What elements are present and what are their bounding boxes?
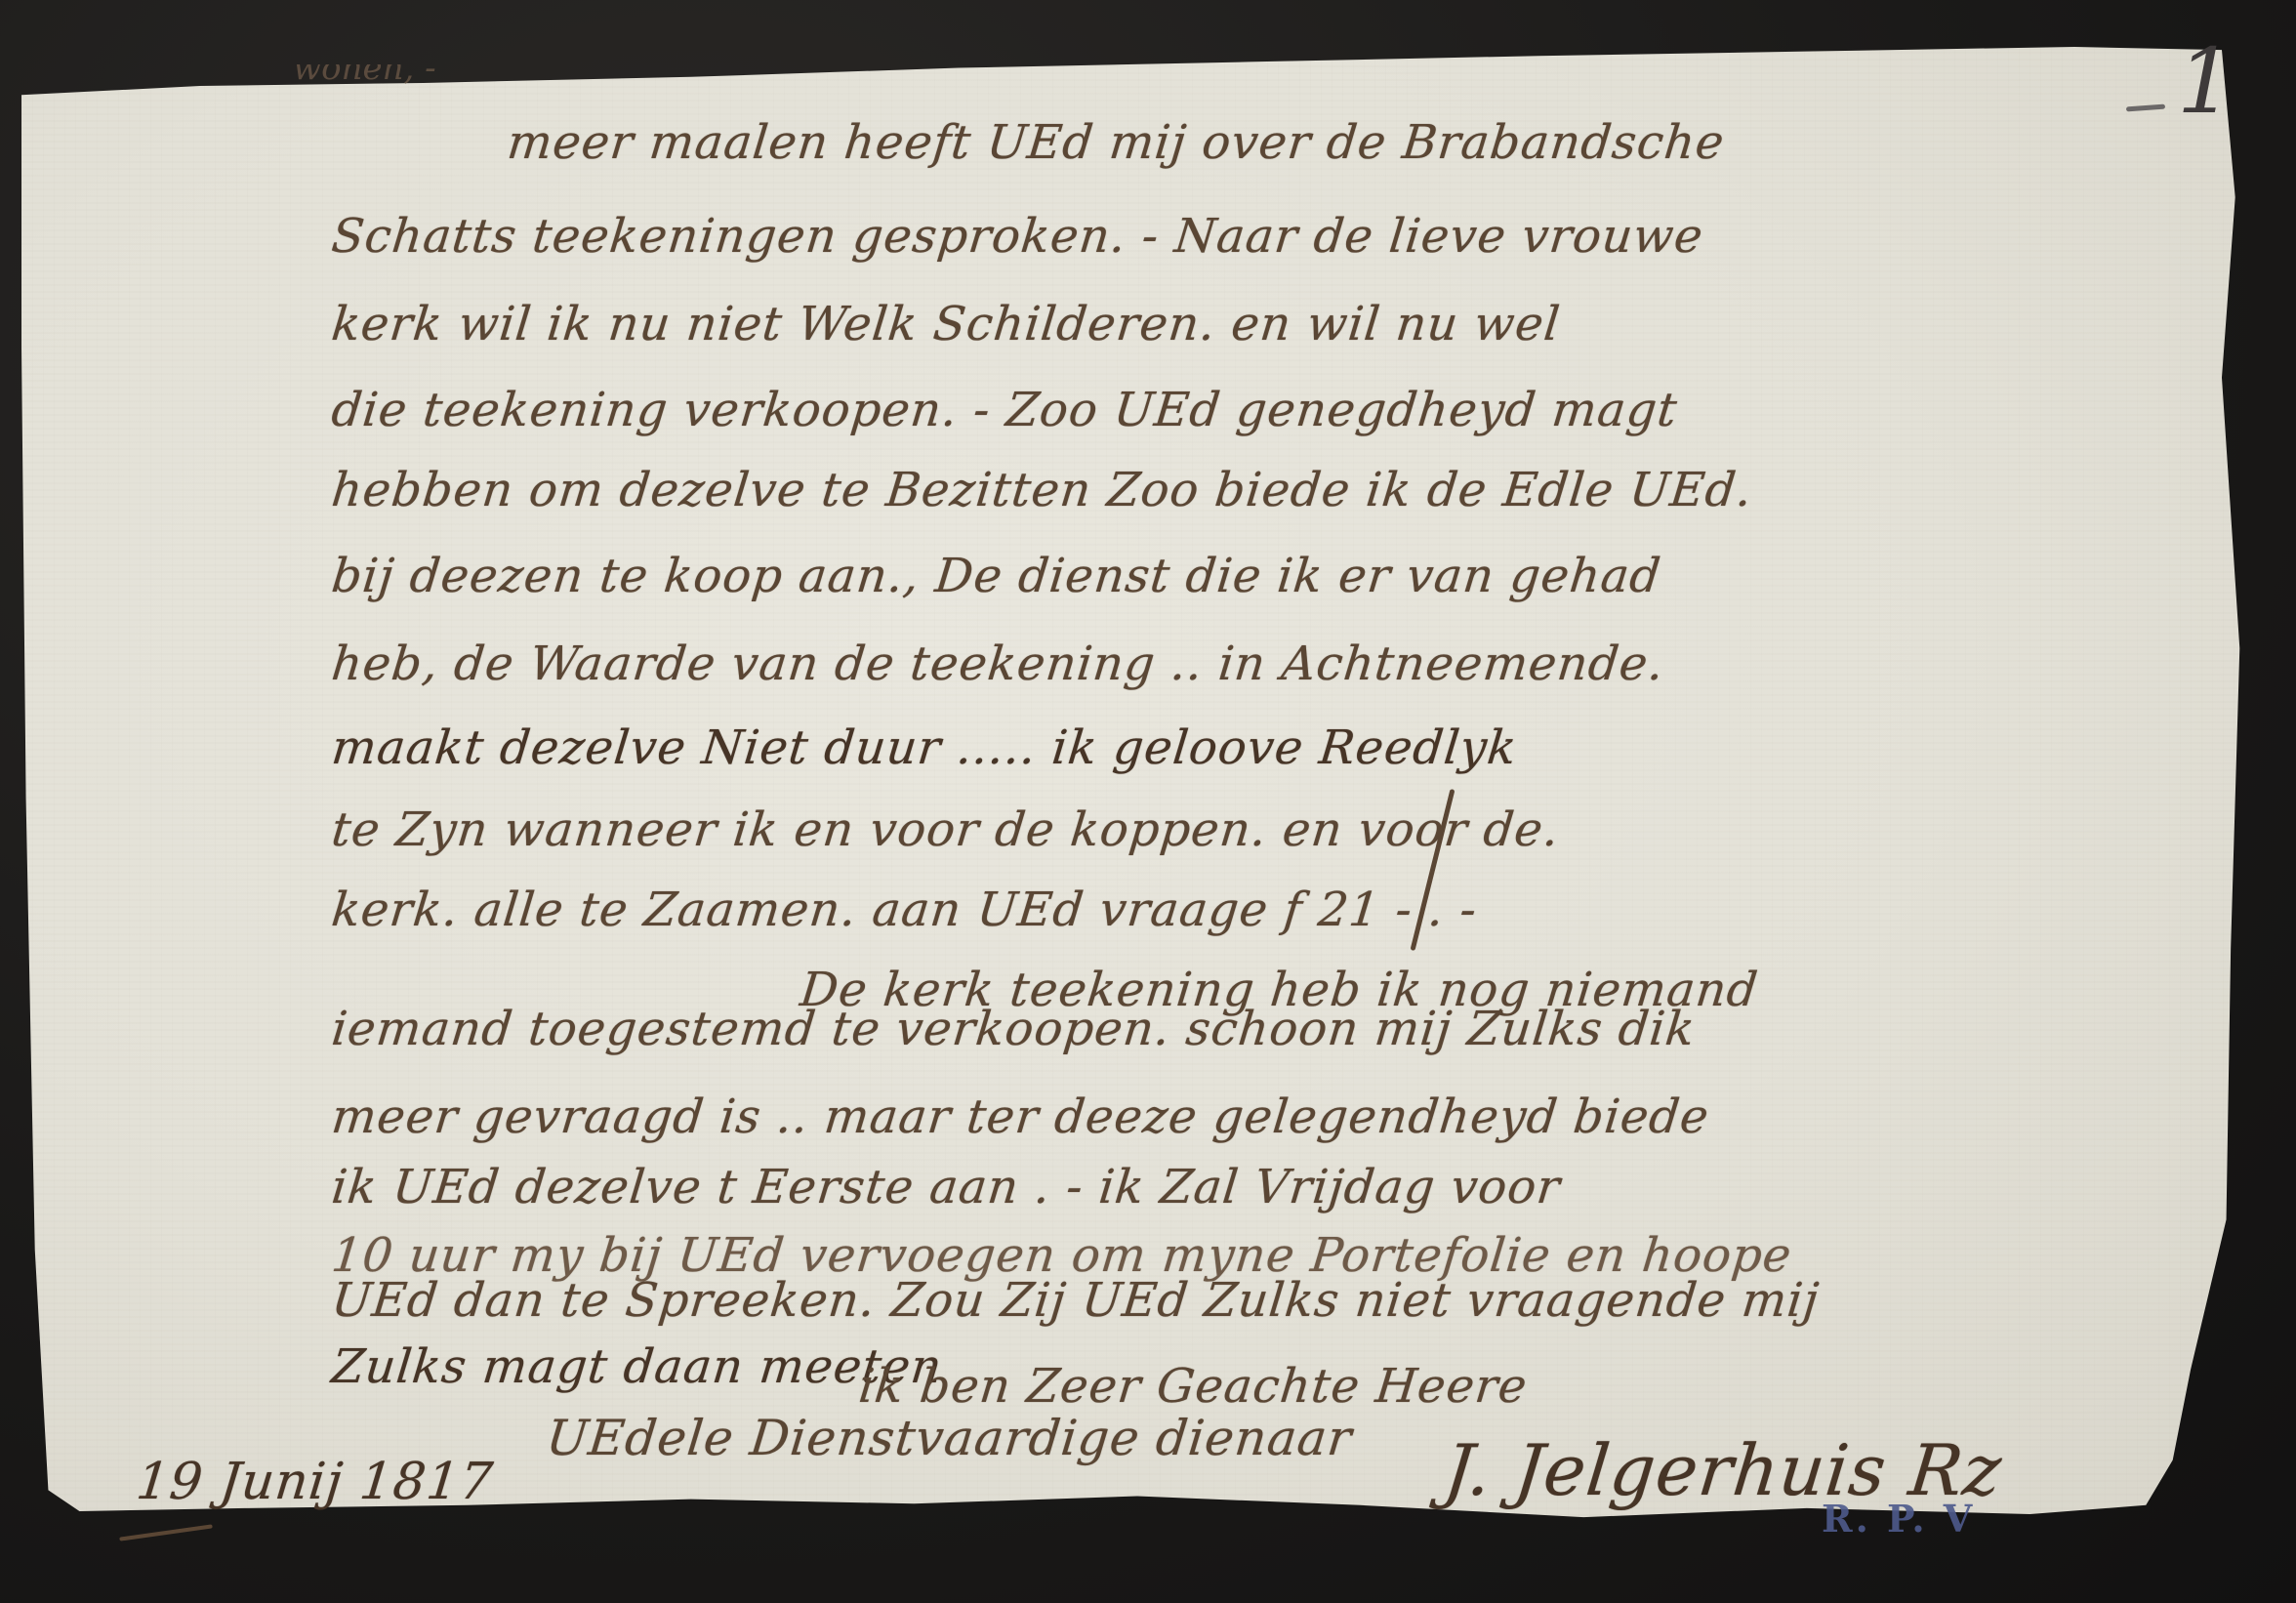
letter-line-14: ik UEd dezelve t Eerste aan . - ik Zal V… [329, 1164, 1562, 1211]
letter-line-6: bij deezen te koop aan., De dienst die i… [329, 553, 1662, 599]
letter-line-4: die teekening verkoopen. - Zoo UEd geneg… [329, 387, 1679, 433]
letter-line-3: kerk wil ik nu niet Welk Schilderen. en … [329, 301, 1562, 348]
letter-date: 19 Junij 1817 [134, 1457, 496, 1507]
letter-line-2: Schatts teekeningen gesproken. - Naar de… [329, 213, 1705, 260]
letter-line-18: ik ben Zeer Geachte Heere [856, 1363, 1530, 1410]
letter-line-17: Zulks magt daan meeten [329, 1343, 944, 1390]
letter-line-5: hebben om dezelve te Bezitten Zoo biede … [329, 467, 1754, 514]
letter-line-16: UEd dan te Spreeken. Zou Zij UEd Zulks n… [329, 1277, 1821, 1324]
letter-closing: UEdele Dienstvaardige dienaar [544, 1414, 1354, 1462]
letter-line-13: meer gevraagd is .. maar ter deeze geleg… [329, 1093, 1711, 1140]
letter-line-15: 10 uur my bij UEd vervoegen om myne Port… [329, 1232, 1793, 1279]
collection-stamp: R. P. V [1822, 1497, 1975, 1541]
letter-line-8: maakt dezelve Niet duur ..... ik geloove… [329, 724, 1519, 771]
page-number: 1 [2177, 29, 2234, 134]
letter-line-10: kerk. alle te Zaamen. aan UEd vraage f 2… [329, 886, 1479, 933]
letter-line-7: heb, de Waarde van de teekening .. in Ac… [329, 640, 1666, 687]
letter-line-12: iemand toegestemd te verkoopen. schoon m… [329, 1006, 1697, 1052]
letter-line-9: te Zyn wanneer ik en voor de koppen. en … [329, 806, 1561, 853]
signature: J. Jelgerhuis Rz [1441, 1435, 2005, 1505]
letter-line-1: meer maalen heeft UEd mij over de Braban… [505, 119, 1726, 166]
